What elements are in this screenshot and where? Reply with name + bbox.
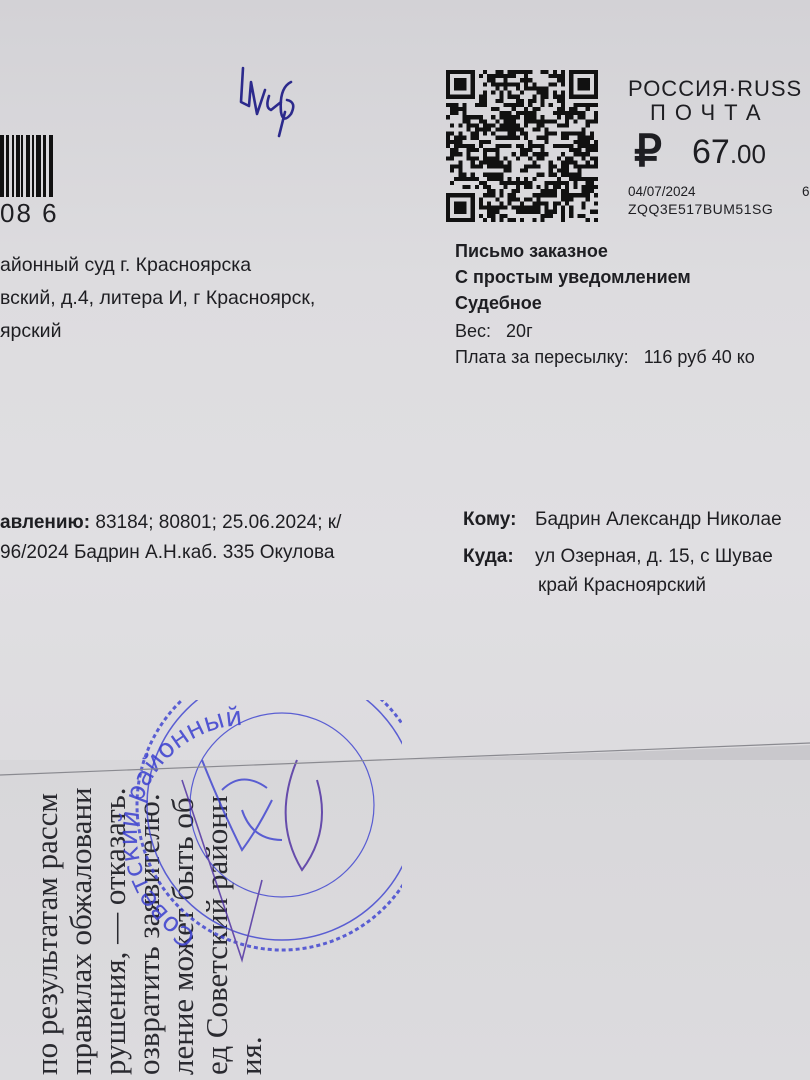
postage-brand: РОССИЯ·RUSS [628,76,810,102]
postage-code: ZQQ3E517BUM51SG [628,201,810,217]
fee-label: Плата за пересылку: [455,347,629,367]
envelope: 08 6 айонный суд г. Красноярска вский, д… [0,0,810,800]
recipient-block: Кому:Бадрин Александр Николае Куда:ул Оз… [463,505,782,600]
qr-code [444,70,600,222]
where-value: ул Озерная, д. 15, с Шувае [535,542,773,571]
postage-stamp: РОССИЯ·RUSS ПОЧТА ₽ 67.00 04/07/2024 6( … [628,76,810,217]
where-value-cont: край Красноярский [463,571,782,600]
fee-value: 116 руб 40 ко [644,347,755,367]
mail-category: Судебное [455,293,542,313]
handwritten-note [235,62,325,142]
sender-line: ярский [0,315,315,348]
reference-label: авлению: [0,512,90,533]
where-label: Куда: [463,542,535,571]
weight-label: Вес: [455,321,491,341]
court-seal-stamp: Советский районный [92,700,402,1000]
mail-type-block: Письмо заказное С простым уведомлением С… [455,238,755,370]
ruble-icon: ₽ [634,130,662,174]
postage-date: 04/07/2024 [628,184,696,199]
postage-date-suffix: 6( [802,184,810,199]
notification-type: С простым уведомлением [455,267,691,287]
svg-text:Советский районный: Советский районный [114,702,244,953]
postage-amount: 67.00 [692,132,766,174]
barcode [0,135,72,197]
sender-address: айонный суд г. Красноярска вский, д.4, л… [0,249,315,348]
barcode-digits: 08 6 [0,198,59,229]
sender-line: вский, д.4, литера И, г Красноярск, [0,282,315,315]
reference-block: авлению: 83184; 80801; 25.06.2024; к/ 96… [0,508,341,568]
to-value: Бадрин Александр Николае [535,505,782,534]
sender-line: айонный суд г. Красноярска [0,249,315,282]
postage-brand-sub: ПОЧТА [650,100,810,126]
weight-value: 20г [506,321,533,341]
reference-value: 83184; 80801; 25.06.2024; к/ [95,512,341,533]
to-label: Кому: [463,505,535,534]
document-line: по результатам рассм [30,787,64,1075]
mail-type: Письмо заказное [455,241,608,261]
reference-line2: 96/2024 Бадрин А.Н.каб. 335 Окулова [0,538,341,568]
